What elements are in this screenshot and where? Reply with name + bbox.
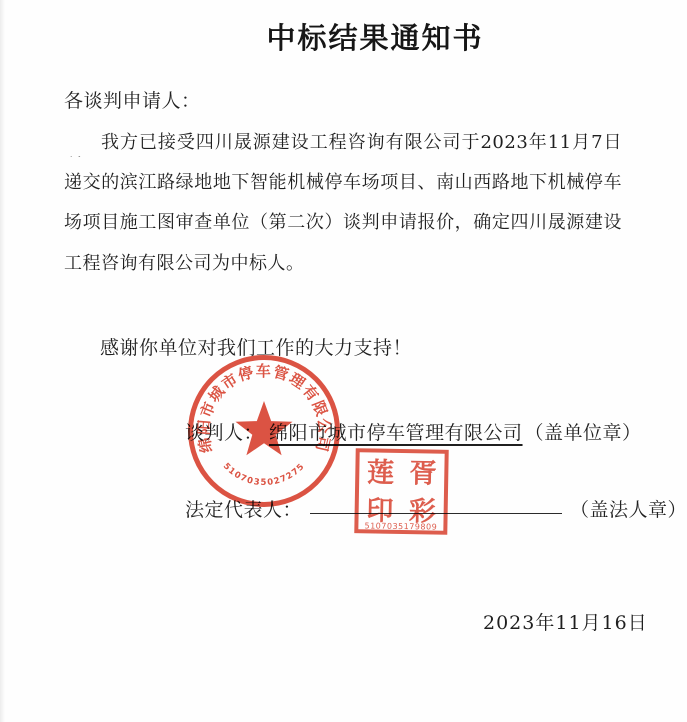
square-stamp-char-2: 胥 (409, 460, 436, 487)
thanks-line: 感谢你单位对我们工作的大力支持！ (100, 333, 412, 360)
svg-text:5107035027275: 5107035027275 (221, 461, 307, 488)
document-page: 中标结果通知书 各谈判申请人： 我方已接受四川晟源建设工程咨询有限公司于2023… (0, 0, 687, 722)
negotiator-company-name: 绵阳市城市停车管理有限公司 (269, 422, 523, 444)
body-line-3: 场项目施工图审查单位（第二次）谈判申请报价，确定四川晟源建设 (64, 211, 622, 235)
negotiator-label: 谈判人： (185, 422, 263, 444)
round-stamp-serial: 5107035027275 (221, 461, 307, 488)
negotiator-row: 谈判人：绵阳市城市停车管理有限公司（盖单位章） (185, 418, 642, 445)
square-stamp-serial: 5107035179809 (358, 521, 443, 531)
salutation-line: 各谈判申请人： (64, 86, 201, 113)
issue-date: 2023年11月16日 (483, 608, 648, 635)
legal-rep-label: 法定代表人： (185, 499, 302, 521)
square-stamp-char-1: 莲 (367, 459, 394, 486)
body-line-1: 我方已接受四川晟源建设工程咨询有限公司于2023年11月7日所 (64, 131, 622, 157)
unit-seal-note: （盖单位章） (525, 422, 642, 444)
signature-blank-line (310, 511, 562, 514)
legal-seal-note: （盖法人章） (570, 499, 687, 521)
legal-rep-row: 法定代表人：（盖法人章） (185, 495, 687, 522)
body-line-2: 递交的滨江路绿地地下智能机械停车场项目、南山西路地下机械停车 (64, 171, 622, 195)
document-title: 中标结果通知书 (65, 16, 685, 57)
scan-edge-artifact (0, 0, 5, 722)
body-line-4: 工程咨询有限公司为中标人。 (64, 252, 622, 276)
